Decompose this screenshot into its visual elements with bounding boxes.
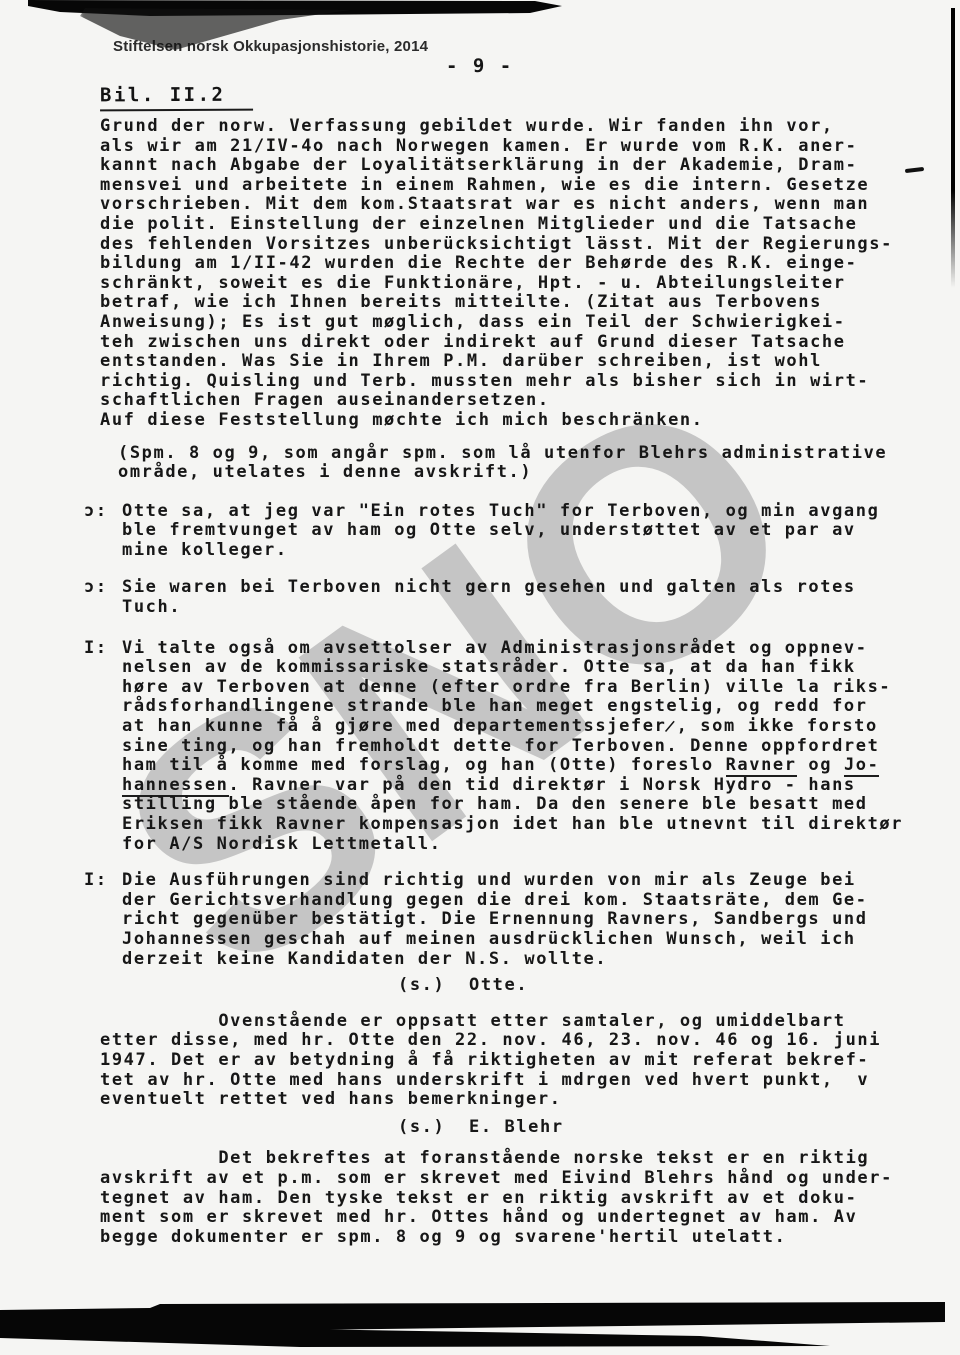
paragraph-text: Vi talte også om avsettolser av Administ… [122,639,900,855]
speaker-marker: I: [84,871,108,891]
page-number: - 9 - [446,55,513,77]
signature-line: (s.) E. Blehr [398,1118,900,1138]
paragraph: I:Vi talte også om avsettolser av Admini… [122,639,900,855]
paragraph-text: Die Ausführungen sind richtig und wurden… [122,871,900,969]
paragraph-text: Grund der norw. Verfassung gebildet wurd… [100,117,900,431]
document-id: Bil. II.2 [100,84,254,112]
speaker-marker: ɔ: [84,578,108,598]
paragraph: (Spm. 8 og 9, som angår spm. som lå uten… [118,444,900,483]
paragraph-text: Det bekreftes at foranstående norske tek… [100,1149,900,1247]
paragraph: I:Die Ausführungen sind richtig und wurd… [122,871,900,969]
paragraph-text: Sie waren bei Terboven nicht gern gesehe… [122,578,900,617]
paragraph: Grund der norw. Verfassung gebildet wurd… [100,117,900,431]
paragraph-text: (Spm. 8 og 9, som angår spm. som lå uten… [118,444,900,483]
signature-text: (s.) Otte. [398,975,528,995]
scanned-document-page: SNO Stiftelsen norsk Okkupasjonshistorie… [0,0,960,1355]
paragraph: ɔ:Otte sa, at jeg var "Ein rotes Tuch" f… [122,502,900,561]
speaker-marker: I: [84,639,108,659]
paragraph-text: Ovenstående er oppsatt etter samtaler, o… [100,1012,900,1110]
scan-artifact-right-edge [951,8,955,288]
document-body: Grund der norw. Verfassung gebildet wurd… [100,117,900,1247]
scan-artifact-margin-mark [905,167,924,173]
paragraph: Det bekreftes at foranstående norske tek… [100,1149,900,1247]
paragraph: ɔ:Sie waren bei Terboven nicht gern gese… [122,578,900,617]
speaker-marker: ɔ: [84,502,108,522]
signature-line: (s.) Otte. [398,976,900,996]
signature-text: (s.) E. Blehr [398,1117,564,1137]
paragraph-text: Otte sa, at jeg var "Ein rotes Tuch" for… [122,502,900,561]
paragraph: Ovenstående er oppsatt etter samtaler, o… [100,1012,900,1110]
